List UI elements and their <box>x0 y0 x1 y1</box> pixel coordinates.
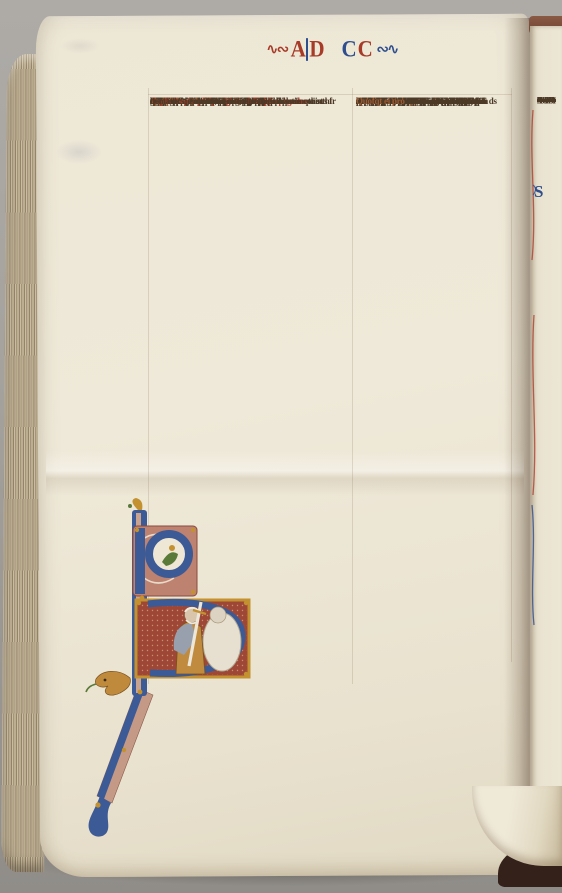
ruling-line <box>148 94 512 95</box>
ruling-line <box>352 88 353 684</box>
text-segment: dem eos s; emendatos ostendens. <box>150 96 267 107</box>
pen-flourish-right: ∾∿ <box>376 40 397 58</box>
running-title-letters: ADCC <box>290 39 373 60</box>
running-title-letter: C <box>357 38 373 61</box>
running-title: ∿∾ ADCC ∾∿ <box>266 33 446 65</box>
illuminated-initial-p <box>80 498 260 848</box>
running-title-letter: D <box>306 38 325 61</box>
pencil-smudge <box>60 38 100 54</box>
running-title-letter: C <box>341 38 357 61</box>
text-segment: cum oibz scis qui st <box>254 96 323 107</box>
facing-page-initial-s: S <box>534 182 543 202</box>
text-segment: Quotqt ei pro <box>356 96 405 107</box>
running-title-letter: A <box>290 38 306 61</box>
page-crease-decoration <box>46 450 524 496</box>
manuscript-photo: ∿∾ ADCC ∾∿ fiero. Nam macedonia ptransib… <box>0 0 562 893</box>
show-through-smudge <box>56 140 102 164</box>
pen-flourish-left: ∿∾ <box>266 40 287 58</box>
marginal-flourishes <box>526 90 542 670</box>
